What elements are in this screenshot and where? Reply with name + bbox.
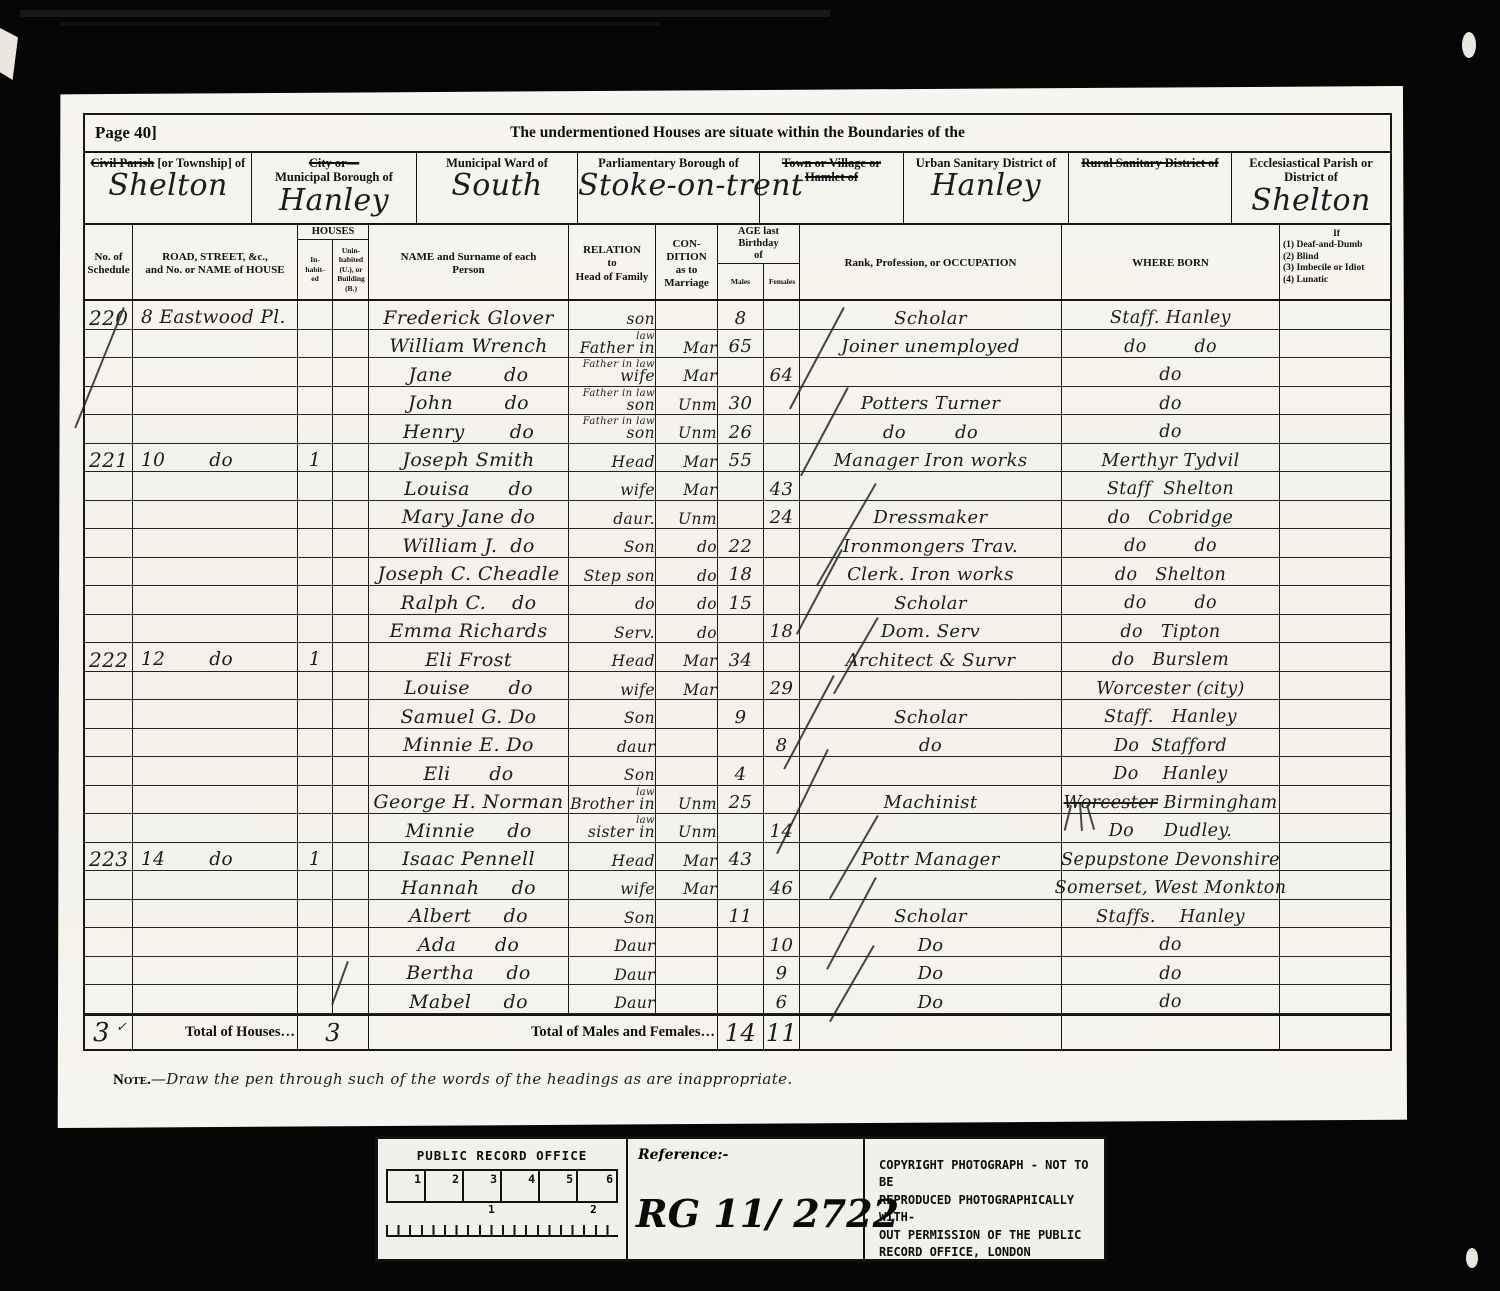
colhead-cell-8: WHERE BORN xyxy=(1062,225,1280,299)
totals-margin-value: 3 xyxy=(93,1018,110,1048)
district-label: Rural Sanitary District of xyxy=(1069,156,1231,170)
cell-houses-uninhabited xyxy=(333,358,369,386)
cell-occupation: Manager Iron works xyxy=(800,444,1062,472)
cell-houses-inhabited: 1 xyxy=(298,843,333,871)
cell-condition: Mar xyxy=(656,358,718,386)
cell-relation: Step son xyxy=(569,558,656,586)
cell-infirmity xyxy=(1280,529,1390,557)
cell-person-name: Emma Richards xyxy=(369,615,569,643)
cell-person-name: Joseph C. Cheadle xyxy=(369,558,569,586)
cell-age-female: 29 xyxy=(764,672,800,700)
cell-road-name xyxy=(133,928,298,956)
colhead-text: RELATION to Head of Family xyxy=(576,244,649,284)
cell-houses-uninhabited xyxy=(333,786,369,814)
table-row: Jane doFather in lawwifeMar64do xyxy=(85,358,1390,387)
cell-age-female xyxy=(764,900,800,928)
cell-person-name: Minnie E. Do xyxy=(369,729,569,757)
cell-relation: wife xyxy=(569,871,656,899)
colhead-cell-4: RELATION to Head of Family xyxy=(569,225,656,299)
cell-age-female: 64 xyxy=(764,358,800,386)
table-body: 2208 Eastwood Pl.Frederick Gloverson8Sch… xyxy=(85,301,1390,1014)
cell-relation-main: Step son xyxy=(584,569,655,585)
cell-age-male xyxy=(718,672,764,700)
cell-person-name: Bertha do xyxy=(369,957,569,985)
cell-condition xyxy=(656,985,718,1013)
cell-road-name: 10 do xyxy=(133,444,298,472)
colhead-subcell: Unin- habited (U.), or Building (B.) xyxy=(333,240,369,299)
cell-relation: Son xyxy=(569,900,656,928)
footer-note: Note.—Draw the pen through such of the w… xyxy=(113,1070,793,1089)
cell-houses-inhabited xyxy=(298,900,333,928)
cell-relation: Son xyxy=(569,757,656,785)
total-houses-value: 3 xyxy=(298,1016,369,1050)
table-row: Ada doDaur10Dodo xyxy=(85,928,1390,957)
ruler-cm-number: 4 xyxy=(502,1171,540,1201)
cell-houses-uninhabited xyxy=(333,330,369,358)
cell-person-name: Ada do xyxy=(369,928,569,956)
cell-occupation xyxy=(800,814,1062,842)
cell-infirmity xyxy=(1280,672,1390,700)
cell-relation: wife xyxy=(569,672,656,700)
where-born-text: Somerset, West Monkton xyxy=(1055,880,1287,898)
cell-occupation: do do xyxy=(800,415,1062,443)
cell-houses-inhabited xyxy=(298,957,333,985)
cell-houses-uninhabited xyxy=(333,757,369,785)
table-title: The undermentioned Houses are situate wi… xyxy=(85,124,1390,142)
cell-relation-main: Son xyxy=(624,540,655,556)
district-cell-0: Civil Parish [or Township] ofShelton xyxy=(85,153,252,223)
colhead-subs: MalesFemales xyxy=(718,264,799,299)
cell-infirmity xyxy=(1280,558,1390,586)
colhead-cell-1: ROAD, STREET, &c., and No. or NAME of HO… xyxy=(133,225,298,299)
district-cell-3: Parliamentary Borough ofStoke-on-trent xyxy=(578,153,760,223)
cell-infirmity xyxy=(1280,444,1390,472)
district-label: Town or Village or Hamlet of xyxy=(760,156,903,185)
colhead-cell-5: CON- DITION as to Marriage xyxy=(656,225,718,299)
colhead-if-label: If xyxy=(1333,229,1340,240)
where-born-text: Merthyr Tydvil xyxy=(1101,453,1239,471)
scan-scrap xyxy=(0,28,18,80)
table-row: Ralph C. dododo15Scholardo do xyxy=(85,586,1390,615)
cell-condition: Mar xyxy=(656,643,718,671)
where-born-text: Staff. Hanley xyxy=(1110,310,1231,328)
totals-margin-count: 3 ✓ xyxy=(85,1016,133,1050)
cell-relation-main: Daur xyxy=(614,968,655,984)
scan-scrap xyxy=(1462,32,1476,58)
cell-houses-inhabited xyxy=(298,615,333,643)
district-value: Hanley xyxy=(904,168,1068,203)
cell-relation-main: daur xyxy=(617,740,655,756)
table-row: Albert doSon11ScholarStaffs. Hanley xyxy=(85,900,1390,929)
cell-houses-uninhabited xyxy=(333,501,369,529)
table-row: Minnie dolawsister inUnm14Do Dudley. xyxy=(85,814,1390,843)
cell-age-female xyxy=(764,786,800,814)
cell-infirmity xyxy=(1280,928,1390,956)
colhead-group-label: AGE last Birthday of xyxy=(718,225,799,264)
cell-road-name xyxy=(133,985,298,1013)
cell-condition: Unm xyxy=(656,415,718,443)
cell-houses-inhabited xyxy=(298,358,333,386)
cell-condition: Mar xyxy=(656,843,718,871)
cell-houses-inhabited xyxy=(298,415,333,443)
cell-where-born: Staff. Hanley xyxy=(1062,700,1280,728)
cell-relation: wife xyxy=(569,472,656,500)
district-cell-1: City or— Municipal Borough ofHanley xyxy=(252,153,417,223)
colhead-text: ROAD, STREET, &c., and No. or NAME of HO… xyxy=(145,251,284,277)
cell-houses-inhabited xyxy=(298,985,333,1013)
cell-relation-main: son xyxy=(627,398,655,414)
cell-where-born: do xyxy=(1062,387,1280,415)
colhead-cell-0: No. of Schedule xyxy=(85,225,133,299)
cell-road-name xyxy=(133,672,298,700)
cell-schedule-number xyxy=(85,672,133,700)
cell-schedule-number xyxy=(85,615,133,643)
cell-infirmity xyxy=(1280,700,1390,728)
cell-age-female: 46 xyxy=(764,871,800,899)
cell-condition xyxy=(656,729,718,757)
district-label: City or— Municipal Borough of xyxy=(252,156,416,185)
cell-occupation: Joiner unemployed xyxy=(800,330,1062,358)
cell-condition: Unm xyxy=(656,786,718,814)
cell-where-born: do xyxy=(1062,985,1280,1013)
colhead-group-label: HOUSES xyxy=(298,225,368,240)
stamp-ruler-section: PUBLIC RECORD OFFICE 123456 12 xyxy=(378,1139,628,1259)
cell-schedule-number xyxy=(85,700,133,728)
cell-where-born: do do xyxy=(1062,586,1280,614)
cell-age-female xyxy=(764,843,800,871)
cell-houses-inhabited: 1 xyxy=(298,643,333,671)
cell-age-female xyxy=(764,643,800,671)
where-born-text: Do Stafford xyxy=(1114,738,1227,756)
cell-age-female xyxy=(764,330,800,358)
cell-relation-main: Brother in xyxy=(570,797,655,813)
cell-relation: Son xyxy=(569,529,656,557)
cell-infirmity xyxy=(1280,387,1390,415)
cell-occupation xyxy=(800,871,1062,899)
reference-value: RG 11/ 2722 xyxy=(636,1191,899,1236)
cell-where-born: do xyxy=(1062,415,1280,443)
cell-age-female: 24 xyxy=(764,501,800,529)
colhead-cell-9: If(1) Deaf-and-Dumb (2) Blind (3) Imbeci… xyxy=(1280,225,1390,299)
cell-occupation: Dressmaker xyxy=(800,501,1062,529)
cell-age-female xyxy=(764,757,800,785)
district-value: Hanley xyxy=(252,183,416,218)
district-cell-7: Ecclesiastical Parish or District ofShel… xyxy=(1232,153,1390,223)
cell-schedule-number xyxy=(85,387,133,415)
cell-road-name xyxy=(133,529,298,557)
where-born-text: do xyxy=(1159,994,1182,1012)
where-born-text: do Tipton xyxy=(1120,624,1220,642)
cell-relation-main: Son xyxy=(624,911,655,927)
cell-road-name xyxy=(133,871,298,899)
cell-age-female xyxy=(764,700,800,728)
cell-road-name xyxy=(133,700,298,728)
cell-relation: Head xyxy=(569,444,656,472)
cell-age-male: 43 xyxy=(718,843,764,871)
cell-infirmity xyxy=(1280,729,1390,757)
cell-age-female: 18 xyxy=(764,615,800,643)
cell-age-male xyxy=(718,472,764,500)
cell-age-male: 18 xyxy=(718,558,764,586)
colhead-cell-3: NAME and Surname of each Person xyxy=(369,225,569,299)
cell-age-male: 55 xyxy=(718,444,764,472)
cell-age-male xyxy=(718,729,764,757)
cell-where-born: Merthyr Tydvil xyxy=(1062,444,1280,472)
table-row: 22110 do1Joseph SmithHeadMar55Manager Ir… xyxy=(85,444,1390,473)
where-born-text: do do xyxy=(1124,538,1217,556)
cell-houses-inhabited xyxy=(298,330,333,358)
cell-relation-main: Head xyxy=(612,854,655,870)
cell-relation: lawBrother in xyxy=(569,786,656,814)
where-born-text: Staff Shelton xyxy=(1107,481,1234,499)
ruler-inch-number: 1 xyxy=(488,1203,495,1216)
table-row: Henry doFather in lawsonUnm26do dodo xyxy=(85,415,1390,444)
cell-relation: lawsister in xyxy=(569,814,656,842)
cell-person-name: Frederick Glover xyxy=(369,301,569,329)
cell-relation: daur xyxy=(569,729,656,757)
cell-person-name: George H. Norman xyxy=(369,786,569,814)
cell-houses-inhabited xyxy=(298,472,333,500)
cell-relation: Son xyxy=(569,700,656,728)
table-title-row: Page 40] The undermentioned Houses are s… xyxy=(85,115,1390,153)
cell-age-male xyxy=(718,985,764,1013)
cell-schedule-number: 223 xyxy=(85,843,133,871)
cell-relation-main: Son xyxy=(624,711,655,727)
cell-age-female: 9 xyxy=(764,957,800,985)
cell-condition xyxy=(656,957,718,985)
district-value: South xyxy=(417,168,577,203)
totals-empty-infirmity xyxy=(1280,1016,1390,1050)
cell-houses-inhabited: 1 xyxy=(298,444,333,472)
cell-houses-uninhabited xyxy=(333,643,369,671)
cell-relation-main: Head xyxy=(612,455,655,471)
district-label-text: City or— xyxy=(309,156,359,170)
table-row: Emma RichardsServ.do18Dom. Servdo Tipton xyxy=(85,615,1390,644)
cell-infirmity xyxy=(1280,757,1390,785)
where-born-text: do xyxy=(1159,396,1182,414)
cell-person-name: John do xyxy=(369,387,569,415)
where-born-text: do xyxy=(1159,966,1182,984)
cell-relation-main: wife xyxy=(620,683,655,699)
colhead-text: NAME and Surname of each Person xyxy=(401,251,537,277)
cell-road-name xyxy=(133,558,298,586)
cell-infirmity xyxy=(1280,330,1390,358)
cell-age-female: 6 xyxy=(764,985,800,1013)
district-label-text: Rural Sanitary District of xyxy=(1081,156,1218,170)
cell-road-name: 12 do xyxy=(133,643,298,671)
cell-infirmity xyxy=(1280,900,1390,928)
table-row: Louisa dowifeMar43Staff Shelton xyxy=(85,472,1390,501)
cell-schedule-number: 220 xyxy=(85,301,133,329)
cell-occupation: Do xyxy=(800,985,1062,1013)
table-row: William J. doSondo22Ironmongers Trav.do … xyxy=(85,529,1390,558)
cell-age-male: 65 xyxy=(718,330,764,358)
cell-relation: daur. xyxy=(569,501,656,529)
cell-schedule-number xyxy=(85,985,133,1013)
cell-age-female xyxy=(764,301,800,329)
colhead-cell-7: Rank, Profession, or OCCUPATION xyxy=(800,225,1062,299)
total-houses-label: Total of Houses… xyxy=(133,1016,298,1050)
cell-houses-inhabited xyxy=(298,871,333,899)
cell-houses-uninhabited xyxy=(333,558,369,586)
cell-road-name xyxy=(133,729,298,757)
ruler-cm-number: 3 xyxy=(464,1171,502,1201)
cell-houses-inhabited xyxy=(298,501,333,529)
cell-where-born: do Cobridge xyxy=(1062,501,1280,529)
census-page-paper: Page 40] The undermentioned Houses are s… xyxy=(55,86,1407,1128)
cell-road-name xyxy=(133,586,298,614)
cell-age-male: 30 xyxy=(718,387,764,415)
colhead-text: WHERE BORN xyxy=(1132,257,1209,270)
cell-schedule-number xyxy=(85,814,133,842)
cell-relation: lawFather in xyxy=(569,330,656,358)
table-row: George H. NormanlawBrother inUnm25Machin… xyxy=(85,786,1390,815)
cell-houses-uninhabited xyxy=(333,843,369,871)
ruler-cm-number: 2 xyxy=(426,1171,464,1201)
cell-condition: do xyxy=(656,586,718,614)
cell-occupation: Machinist xyxy=(800,786,1062,814)
cell-relation-main: Head xyxy=(612,654,655,670)
ruler-cm-scale: 123456 xyxy=(386,1169,618,1203)
where-born-text: do Burslem xyxy=(1112,652,1229,670)
cell-condition: Mar xyxy=(656,330,718,358)
colhead-text: CON- DITION as to Marriage xyxy=(664,238,709,291)
cell-where-born: do xyxy=(1062,928,1280,956)
where-born-text: Birmingham xyxy=(1158,795,1278,813)
district-cell-4: Town or Village or Hamlet of xyxy=(760,153,904,223)
cell-houses-inhabited xyxy=(298,672,333,700)
cell-houses-uninhabited xyxy=(333,301,369,329)
cell-person-name: Mabel do xyxy=(369,985,569,1013)
scan-streak xyxy=(20,10,830,17)
note-text: —Draw the pen through such of the words … xyxy=(151,1070,793,1088)
district-label-text: Ecclesiastical Parish or District of xyxy=(1249,156,1373,184)
colhead-text: Rank, Profession, or OCCUPATION xyxy=(845,257,1017,270)
cell-houses-inhabited xyxy=(298,586,333,614)
cell-road-name xyxy=(133,415,298,443)
cell-relation-main: Son xyxy=(624,768,655,784)
total-females-value: 11 xyxy=(764,1016,800,1050)
ruler-inch-number: 2 xyxy=(590,1203,597,1216)
cell-infirmity xyxy=(1280,472,1390,500)
census-table: Page 40] The undermentioned Houses are s… xyxy=(83,113,1392,1051)
cell-infirmity xyxy=(1280,501,1390,529)
total-mf-label: Total of Males and Females… xyxy=(369,1016,718,1050)
table-row: Eli doSon4Do Hanley xyxy=(85,757,1390,786)
colhead-subcell: Males xyxy=(718,264,764,299)
check-icon: ✓ xyxy=(116,1020,127,1035)
colhead-group: AGE last Birthday ofMalesFemales xyxy=(718,225,799,299)
stamp-reference-section: Reference:- RG 11/ 2722 xyxy=(628,1139,865,1259)
ruler-inch-scale: 12 xyxy=(386,1205,618,1237)
cell-houses-inhabited xyxy=(298,529,333,557)
cell-road-name xyxy=(133,472,298,500)
district-label: Ecclesiastical Parish or District of xyxy=(1232,156,1390,185)
cell-condition: Unm xyxy=(656,387,718,415)
cell-houses-uninhabited xyxy=(333,928,369,956)
cell-houses-uninhabited xyxy=(333,472,369,500)
cell-where-born: Do Stafford xyxy=(1062,729,1280,757)
cell-condition: Mar xyxy=(656,472,718,500)
colhead-subcell: Females xyxy=(764,264,800,299)
scan-streak xyxy=(60,22,660,26)
cell-relation-main: Serv. xyxy=(614,626,655,642)
cell-relation-main: wife xyxy=(620,483,655,499)
cell-schedule-number xyxy=(85,928,133,956)
table-row: Minnie E. Dodaur8doDo Stafford xyxy=(85,729,1390,758)
cell-where-born: Staff. Hanley xyxy=(1062,301,1280,329)
cell-schedule-number xyxy=(85,729,133,757)
scan-scrap xyxy=(1466,1248,1478,1268)
cell-age-female xyxy=(764,415,800,443)
district-value: Shelton xyxy=(1232,183,1390,218)
cell-infirmity xyxy=(1280,643,1390,671)
district-cell-6: Rural Sanitary District of xyxy=(1069,153,1232,223)
where-born-text: Do Dudley. xyxy=(1109,823,1233,841)
cell-infirmity xyxy=(1280,814,1390,842)
table-row: Mary Jane dodaur.Unm24Dressmakerdo Cobri… xyxy=(85,501,1390,530)
cell-condition: Unm xyxy=(656,501,718,529)
cell-age-male: 22 xyxy=(718,529,764,557)
table-row: Samuel G. DoSon9ScholarStaff. Hanley xyxy=(85,700,1390,729)
ruler-cm-number: 5 xyxy=(540,1171,578,1201)
district-cell-5: Urban Sanitary District ofHanley xyxy=(904,153,1069,223)
cell-age-male xyxy=(718,358,764,386)
cell-schedule-number xyxy=(85,786,133,814)
cell-road-name: 8 Eastwood Pl. xyxy=(133,301,298,329)
cell-road-name xyxy=(133,814,298,842)
table-row: Louise dowifeMar29Worcester (city) xyxy=(85,672,1390,701)
note-label: Note. xyxy=(113,1072,151,1088)
cell-where-born: Worcester (city) xyxy=(1062,672,1280,700)
cell-person-name: Ralph C. do xyxy=(369,586,569,614)
cell-person-name: Louisa do xyxy=(369,472,569,500)
cell-houses-uninhabited xyxy=(333,900,369,928)
cell-age-male: 9 xyxy=(718,700,764,728)
cell-age-male: 4 xyxy=(718,757,764,785)
district-header-row: Civil Parish [or Township] ofSheltonCity… xyxy=(85,153,1390,225)
cell-schedule-number xyxy=(85,871,133,899)
where-born-text: Worcester (city) xyxy=(1096,681,1245,699)
cell-person-name: Joseph Smith xyxy=(369,444,569,472)
cell-occupation xyxy=(800,358,1062,386)
where-born-text: do xyxy=(1159,367,1182,385)
cell-condition: do xyxy=(656,529,718,557)
cell-houses-uninhabited xyxy=(333,957,369,985)
where-born-text: do do xyxy=(1124,339,1217,357)
cell-relation: do xyxy=(569,586,656,614)
cell-relation: Head xyxy=(569,843,656,871)
cell-age-male: 26 xyxy=(718,415,764,443)
cell-infirmity xyxy=(1280,358,1390,386)
cell-houses-inhabited xyxy=(298,729,333,757)
cell-road-name xyxy=(133,786,298,814)
cell-houses-uninhabited xyxy=(333,814,369,842)
cell-condition: do xyxy=(656,615,718,643)
cell-where-born: Do Hanley xyxy=(1062,757,1280,785)
cell-where-born: Staff Shelton xyxy=(1062,472,1280,500)
column-header-row: No. of ScheduleROAD, STREET, &c., and No… xyxy=(85,225,1390,301)
cell-age-male xyxy=(718,615,764,643)
cell-where-born: do Tipton xyxy=(1062,615,1280,643)
cell-relation-main: son xyxy=(627,426,655,442)
cell-person-name: Jane do xyxy=(369,358,569,386)
cell-where-born: Somerset, West Monkton xyxy=(1062,871,1280,899)
cell-person-name: Eli do xyxy=(369,757,569,785)
where-born-text: do xyxy=(1159,424,1182,442)
cell-occupation: Dom. Serv xyxy=(800,615,1062,643)
cell-infirmity xyxy=(1280,871,1390,899)
